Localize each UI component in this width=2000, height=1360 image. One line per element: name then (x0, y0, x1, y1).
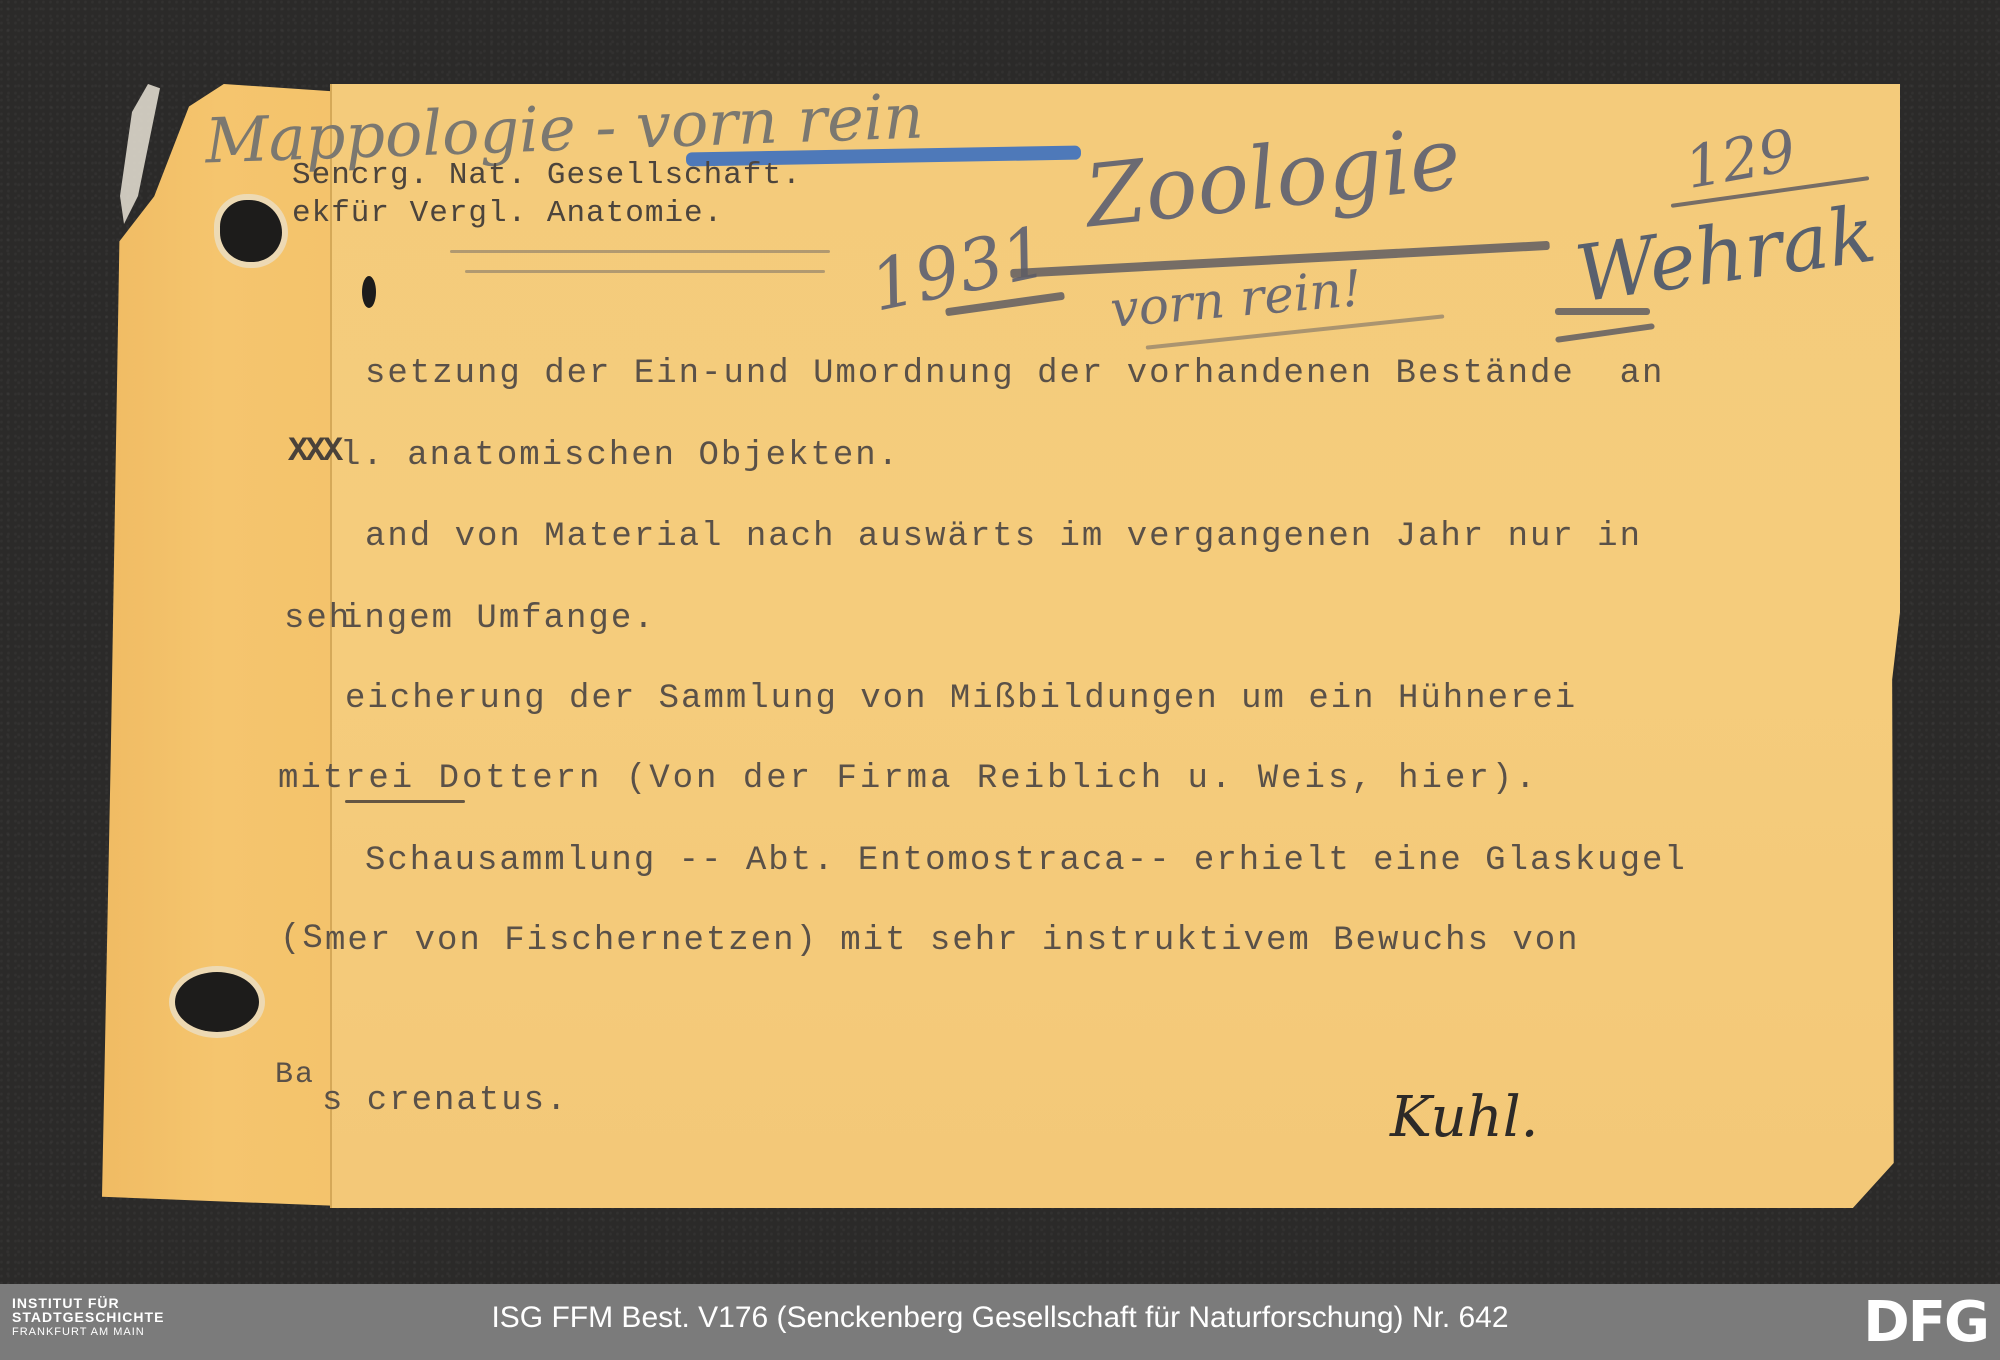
body-line-4: ingem Umfange. (342, 600, 656, 638)
body-line-3: and von Material nach auswärts im vergan… (365, 518, 1642, 556)
pencil-line-header-2 (465, 270, 825, 273)
body-line-6: rei Dottern (Von der Firma Reiblich u. W… (345, 760, 1539, 798)
strip-fragment-struck: XXX (288, 433, 340, 471)
archive-caption: ISG FFM Best. V176 (Senckenberg Gesellsc… (0, 1301, 2000, 1335)
typed-header-line1: Sencrg. Nat. Gesellschaft. (292, 158, 802, 193)
pencil-line-header-1 (450, 250, 830, 253)
archive-footer-bar: INSTITUT FÜR STADTGESCHICHTE FRANKFURT A… (0, 1284, 2000, 1360)
dfg-logo: DFG (1863, 1298, 1988, 1348)
fold-crease (330, 84, 332, 1208)
body-line-2: l. anatomischen Objekten. (340, 437, 900, 475)
strip-fragment-mit: mit (278, 760, 345, 798)
body-line-5: eicherung der Sammlung von Mißbildungen … (345, 680, 1577, 718)
body-line-1: setzung der Ein-und Umordnung der vorhan… (365, 355, 1664, 393)
pencil-underline-initials (1555, 308, 1650, 315)
body-line-7: Schausammlung -- Abt. Entomostraca-- erh… (365, 842, 1687, 880)
punch-hole-top (220, 200, 282, 262)
signature: Kuhl. (1390, 1085, 1538, 1150)
body-line-9: s crenatus. (322, 1082, 568, 1120)
body-line-8: mer von Fischernetzen) mit sehr instrukt… (325, 922, 1580, 960)
punch-hole-partial (362, 276, 376, 308)
typed-underline (345, 800, 465, 803)
typed-header-line2: ekfür Vergl. Anatomie. (292, 196, 723, 231)
strip-fragment-paren: (S (280, 920, 325, 958)
strip-fragment-ba: Ba (275, 1058, 315, 1092)
punch-hole-bottom (175, 972, 259, 1032)
